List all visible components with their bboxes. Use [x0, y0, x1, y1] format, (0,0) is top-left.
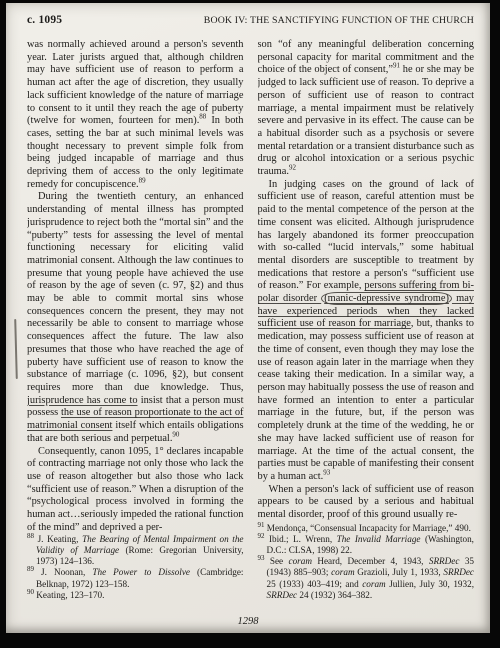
paragraph: When a person's lack of sufficient use o… [258, 484, 475, 522]
right-column-text: son “of any meaningful deliberation conc… [258, 39, 475, 523]
right-column: son “of any meaningful deliberation conc… [258, 39, 475, 607]
book-page: c. 1095 BOOK IV: THE SANCTIFYING FUNCTIO… [6, 3, 490, 633]
paragraph: son “of any meaningful deliberation conc… [258, 39, 475, 179]
page-header: c. 1095 BOOK IV: THE SANCTIFYING FUNCTIO… [27, 14, 474, 26]
footnote: 91 Mendonça, “Consensual Incapacity for … [258, 523, 475, 534]
footnote: 89 J. Noonan, The Power to Dissolve (Cam… [27, 567, 244, 589]
text-columns: was normally achieved around a person's … [27, 39, 474, 607]
footnote: 88 J. Keating, The Bearing of Mental Imp… [27, 534, 244, 568]
paragraph: was normally achieved around a person's … [27, 39, 244, 191]
scanned-page-frame: c. 1095 BOOK IV: THE SANCTIFYING FUNCTIO… [0, 0, 500, 648]
paragraph: During the twentieth century, an enhance… [27, 191, 244, 445]
paragraph: Consequently, canon 1095, 1° declares in… [27, 446, 244, 534]
footnote: 92 Ibid.; L. Wrenn, The Invalid Marriage… [258, 534, 475, 556]
footnote: 90 Keating, 123–170. [27, 590, 244, 601]
page-number: 1298 [6, 616, 490, 627]
header-canon-number: c. 1095 [27, 14, 62, 26]
margin-pencil-mark [14, 319, 18, 379]
header-book-title: BOOK IV: THE SANCTIFYING FUNCTION OF THE… [204, 15, 474, 26]
paragraph: In judging cases on the ground of lack o… [258, 179, 475, 484]
left-column-text: was normally achieved around a person's … [27, 39, 244, 534]
right-footnotes: 91 Mendonça, “Consensual Incapacity for … [258, 523, 475, 607]
left-footnotes: 88 J. Keating, The Bearing of Mental Imp… [27, 534, 244, 607]
footnote: 93 See coram Heard, December 4, 1943, SR… [258, 556, 475, 601]
left-column: was normally achieved around a person's … [27, 39, 244, 607]
